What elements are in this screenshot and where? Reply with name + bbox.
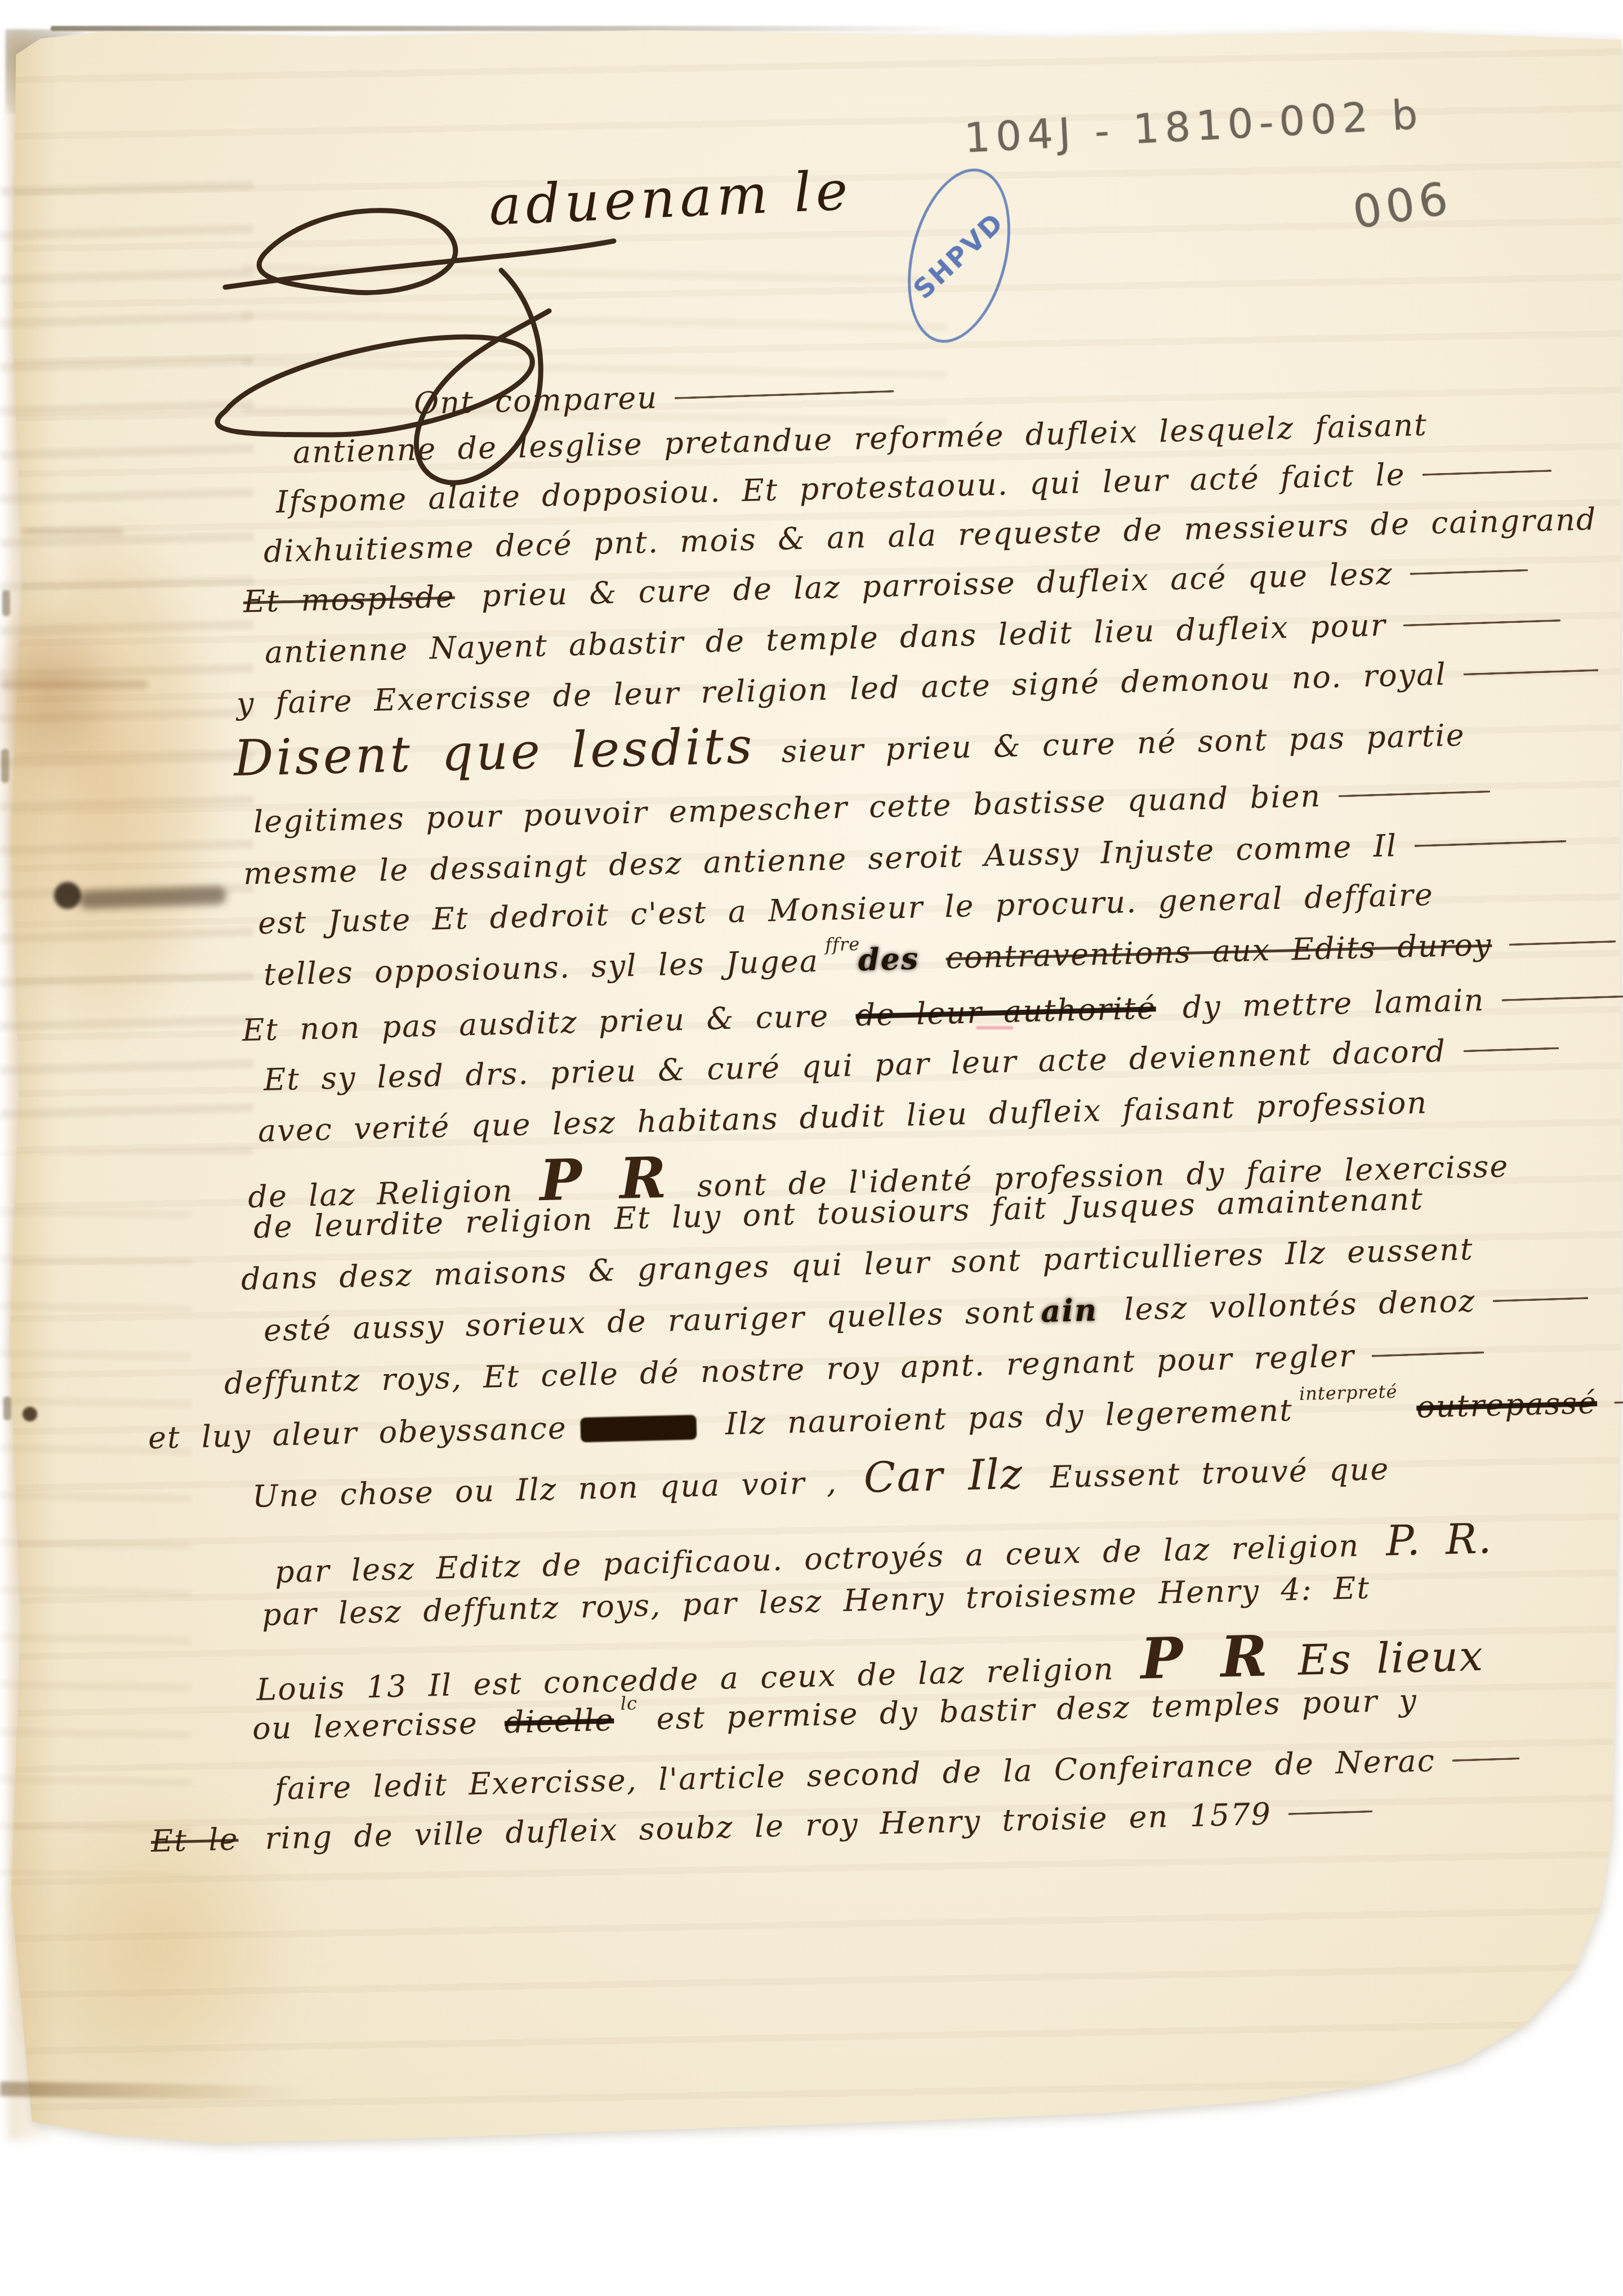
line-filler-stroke (1614, 1400, 1623, 1404)
line-filler-stroke (1423, 470, 1552, 476)
religion-pr-initials: P. R. (1385, 1514, 1493, 1566)
line-filler-stroke (1463, 1047, 1559, 1052)
line-filler-stroke (1501, 995, 1623, 1002)
paper-edge-mark (2, 590, 10, 616)
inserted-text: ffre (825, 933, 860, 956)
line-filler-stroke (1288, 1810, 1373, 1815)
line-filler-stroke (1372, 1352, 1484, 1357)
line-filler-stroke (1509, 940, 1616, 946)
strikethrough-text: Et mosplsde (243, 579, 455, 619)
line-text: Eussent trouvé que (1050, 1451, 1390, 1495)
line-text: Ont compareu (413, 380, 658, 421)
line-text-large: Car Ilz (863, 1450, 1024, 1503)
line-filler-stroke (1492, 1297, 1588, 1302)
blotted-text: ain (1040, 1292, 1098, 1329)
line-filler-stroke (1463, 669, 1598, 676)
redacted-word (580, 1415, 697, 1442)
line-filler-stroke (1452, 1758, 1520, 1762)
line-text: dy mettre lamain (1182, 982, 1485, 1025)
line-filler-stroke (675, 390, 894, 399)
blotted-text: des (858, 940, 920, 978)
line-filler-stroke (1410, 569, 1528, 576)
strikethrough-heavy-text: dicelle (504, 1702, 614, 1740)
religion-pr-initials: P R (1140, 1622, 1272, 1692)
inserted-text: lc (620, 1692, 637, 1714)
strikethrough-text: Et le (150, 1821, 239, 1859)
line-filler-stroke (1338, 790, 1490, 797)
shpvd-stamp-text: SHPVD (908, 206, 1010, 305)
line-filler-stroke (1414, 840, 1566, 847)
paper-edge-mark (1, 749, 9, 783)
strikethrough-heavy-text: de leur authorité (855, 990, 1157, 1033)
strikethrough-heavy-text: outrepassé (1416, 1385, 1597, 1425)
line-text-large: Es lieux (1297, 1632, 1484, 1685)
line-filler-stroke (1403, 619, 1561, 627)
line-text: ou lexercisse (252, 1705, 478, 1746)
paper-edge-mark (3, 1397, 11, 1420)
scanned-manuscript: 104J - 1810-002 b 006 SHPVD aduenam le O… (0, 0, 1623, 2296)
inserted-text: interpreté (1299, 1381, 1397, 1405)
